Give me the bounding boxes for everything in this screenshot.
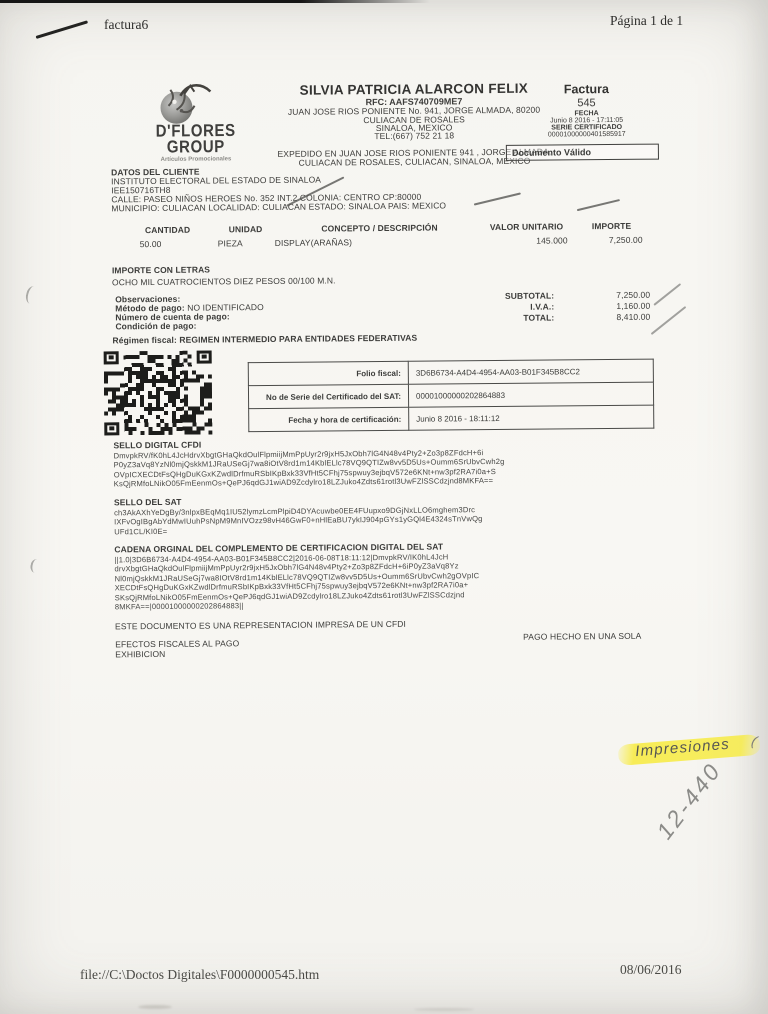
- fecha-certificacion-value: Junio 8 2016 - 18:11:12: [409, 405, 654, 430]
- qr-finder-icon: [197, 350, 212, 363]
- col-header-valor-unitario: VALOR UNITARIO: [483, 222, 571, 232]
- sello-cfdi-heading: SELLO DIGITAL CFDI: [113, 441, 201, 451]
- subtotal-label: SUBTOTAL:: [478, 292, 554, 302]
- client-municipality: MUNICIPIO: CULIACAN LOCALIDAD: CULIACAN …: [111, 201, 446, 214]
- folio-fiscal-label: Folio fiscal:: [248, 361, 408, 385]
- item-unidad: PIEZA: [218, 239, 243, 249]
- importe-letras-text: OCHO MIL CUATROCIENTOS DIEZ PESOS 00/100…: [112, 276, 336, 288]
- pen-check-stroke: [653, 283, 681, 305]
- total-label: TOTAL:: [478, 314, 554, 324]
- pen-check-stroke: [651, 306, 686, 335]
- pen-paren-mark: [24, 285, 40, 305]
- sello-sat-text: ch3AkAXhYeDgBy/3nlpxBEqMq1IU52lymzLcmPlp…: [114, 505, 514, 537]
- invoice-title: Factura: [516, 82, 656, 97]
- invoice-serie-value: 00001000000401585917: [517, 131, 657, 140]
- subtotal-value: 7,250.00: [586, 291, 650, 301]
- col-header-cantidad: CANTIDAD: [136, 226, 200, 236]
- col-header-concepto: CONCEPTO / DESCRIPCIÓN: [310, 223, 450, 234]
- print-footer-date: 08/06/2016: [620, 962, 682, 978]
- folio-fiscal-value: 3D6B6734-A4D4-4954-AA03-B01F345B8CC2: [408, 359, 653, 384]
- sello-sat-heading: SELLO DEL SAT: [114, 498, 182, 508]
- logo-word-group: GROUP: [140, 137, 252, 158]
- invoice-body: D'FLORES GROUP Artículos Promocionales S…: [0, 0, 768, 1014]
- total-value: 8,410.00: [586, 313, 650, 323]
- no-serie-sat-label: No de Serie del Certificado del SAT:: [248, 384, 408, 408]
- regimen-fiscal-value: REGIMEN INTERMEDIO PARA ENTIDADES FEDERA…: [179, 333, 417, 345]
- cadena-original-text: ||1.0|3D6B6734-A4D4-4954-AA03-B01F345B8C…: [114, 552, 514, 612]
- pen-check-stroke: [474, 192, 521, 205]
- qr-code: [104, 350, 213, 435]
- item-concepto: DISPLAY(ARAÑAS): [275, 238, 352, 248]
- scanned-invoice-page: factura6 Página 1 de 1 D'FLORES GROUP Ar…: [0, 0, 768, 1014]
- qr-finder-icon: [104, 351, 119, 364]
- col-header-unidad: UNIDAD: [210, 225, 282, 235]
- col-header-importe: IMPORTE: [581, 222, 643, 232]
- logo-subtitle: Artículos Promocionales: [140, 156, 252, 163]
- table-row: Fecha y hora de certificación: Junio 8 2…: [249, 405, 654, 432]
- no-serie-sat-value: 00001000000202864883: [408, 382, 653, 407]
- condicion-pago-label: Condición de pago:: [115, 322, 196, 332]
- dflores-logo-flower-icon: [154, 79, 212, 126]
- cfdi-notice: ESTE DOCUMENTO ES UNA REPRESENTACION IMP…: [115, 620, 406, 632]
- regimen-fiscal-label: Régimen fiscal:: [112, 335, 176, 346]
- sello-cfdi-text: DmvpkRV/fK0hL4JcHdrvXbgtGHaQkdOulFlpmiij…: [114, 448, 514, 489]
- fecha-certificacion-label: Fecha y hora de certificación:: [249, 407, 409, 431]
- print-footer-filepath: file://C:\Doctos Digitales\F0000000545.h…: [80, 967, 319, 983]
- item-cantidad: 50.00: [140, 240, 162, 250]
- handwritten-number-scribble: 12-440: [651, 709, 764, 844]
- qr-finder-icon: [104, 422, 119, 435]
- item-valor-unitario: 145.000: [506, 236, 568, 246]
- pen-paren-mark: [29, 558, 42, 574]
- item-importe: 7,250.00: [578, 236, 643, 246]
- pen-check-stroke: [577, 199, 620, 211]
- pago-hecho-text: PAGO HECHO EN UNA SOLA: [523, 632, 641, 643]
- regimen-fiscal-line: Régimen fiscal: REGIMEN INTERMEDIO PARA …: [113, 334, 418, 346]
- importe-letras-heading: IMPORTE CON LETRAS: [112, 266, 210, 276]
- iva-label: I.V.A.:: [478, 303, 554, 313]
- invoice-number: 545: [516, 97, 656, 110]
- documento-valido-badge: Documento Válido: [506, 144, 659, 161]
- certification-table: Folio fiscal: 3D6B6734-A4D4-4954-AA03-B0…: [248, 359, 655, 433]
- iva-value: 1,160.00: [586, 302, 650, 312]
- efectos-fiscales-line2: EXHIBICION: [115, 650, 165, 660]
